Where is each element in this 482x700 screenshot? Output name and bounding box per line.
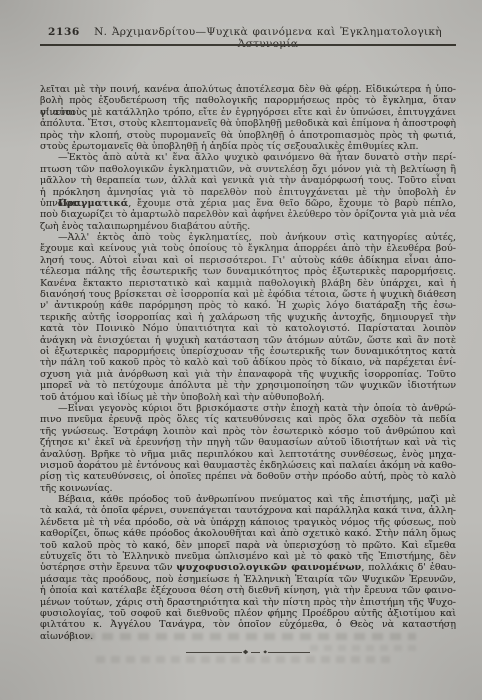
text-line: τῆς κοινωνίας. <box>40 483 456 494</box>
text-line: ἀναλύσῃ. Βρῆκε τὸ νῆμα μιᾶς περιπλόκου κ… <box>40 449 456 460</box>
text-line: ἀνάγκη νὰ ἐνισχύεται ἡ ψυχικὴ κατάσταση … <box>40 335 456 346</box>
paragraph: —Ἀλλ' ἐκτὸς ἀπὸ τοὺς ἐγκληματίες, ποὺ ἀν… <box>40 232 456 403</box>
text-line: κατὰ τὸν Ποινικὸ Νόμο ὑπαιτιότητα καὶ τὸ… <box>40 323 456 334</box>
text-line: καθορίζει, ὅπως κάθε πρόοδος ἀκολουθῆται… <box>40 528 456 539</box>
text-line: νισμοῦ ἀοράτου μὲ ἐντόνους καὶ θαυμαστὲς… <box>40 460 456 471</box>
text-line: σχυση γιὰ μιὰ ἀνόρθωση καὶ γιὰ τὴν ἐπανα… <box>40 369 456 380</box>
text-line: —Ἐκτὸς ἀπὸ αὐτὰ κι' ἕνα ἄλλο ψυχικὸ φαιν… <box>40 152 456 163</box>
ornament-line <box>268 652 310 653</box>
text-line: μπορεῖ νὰ τὸ πετύχουμε ἀπόλυτα μὲ τὴν χρ… <box>40 380 456 391</box>
text-line: λένδετα μὲ τὴ νέα πρόοδο, σὰ νὰ ὑπάρχῃ κ… <box>40 517 456 528</box>
text-line: μᾶλλον τὴ θεραπεία των, ἀλλὰ καὶ γενικὰ … <box>40 175 456 186</box>
text-line: τέλεσμα πάλης τῆς ἐσωτερικῆς των δυναμικ… <box>40 266 456 277</box>
text-line: τὰ καλά, τὰ ὁποῖα φέρνει, συνεπάγεται τα… <box>40 505 456 516</box>
running-title: Ν. Ἀρχιμανδρίτου—Ψυχικὰ φαινόμενα καὶ Ἐγ… <box>80 26 456 50</box>
text-line: ν' ἀντικρούῃ κάθε παρόρμηση πρὸς τὸ κακό… <box>40 300 456 311</box>
page-header: 2136 Ν. Ἀρχιμανδρίτου—Ψυχικὰ φαινόμενα κ… <box>40 26 456 50</box>
text-line: φιλτάτου κ. Ἀγγέλου Τανάγρα, τὸν ὁποῖον … <box>40 619 456 630</box>
text-line: —Ἀλλ' ἐκτὸς ἀπὸ τοὺς ἐγκληματίες, ποὺ ἀν… <box>40 232 456 243</box>
text-line: οἱ ἐξωτερικὲς παρορμήσεις ὑπερίσχυσαν τῆ… <box>40 346 456 357</box>
text-line: σ' αὐτοὺς μὲ κατάλληλο τρόπο, εἴτε ἐν ἐγ… <box>40 107 456 118</box>
text-line: ἡ ὁποία καὶ κατέλαβε ἐξέχουσα θέση στὴ δ… <box>40 585 456 596</box>
text-line: τοῦ καλοῦ πρὸς τὸ κακό, δὲν μπορεῖ παρὰ … <box>40 540 456 551</box>
text-line: μένων τούτων, χάρις στὴ δραστηριότητα κα… <box>40 597 456 608</box>
bleed-through-smudge <box>96 656 396 663</box>
text-line: εὐτυχεῖς ὅτι τὸ Ἑλληνικὸ πνεῦμα ὡπλισμέν… <box>40 551 456 562</box>
text-line: Πραγματικά, ἔχουμε στὰ χέρια μας ἕνα θεῖ… <box>40 198 456 209</box>
header-rule <box>40 44 456 46</box>
text-line: στοὺς ἐρωτομανεῖς θὰ ὑποβληθῇ ἡ ἀηδία πρ… <box>40 141 456 152</box>
text-line: ρίσῃ τὶς κατευθύνσεις, οἱ ὁποῖες πρέπει … <box>40 471 456 482</box>
book-page: 2136 Ν. Ἀρχιμανδρίτου—Ψυχικὰ φαινόμενα κ… <box>0 0 482 700</box>
paragraph: λεῖται μὲ τὴν ποινή, κανένα ἀπολύτως ἀπο… <box>40 84 456 152</box>
ornament-line <box>251 652 260 653</box>
text-line: βολὴ πρὸς ἐξουδετέρωση τῆς παθολογικῆς π… <box>40 95 456 106</box>
text-line: —Εἶναι γεγονὸς κύριοι ὅτι βρισκόμαστε στ… <box>40 403 456 414</box>
text-line: ποὺ διαχωρίζει τὸ ἁμαρτωλὸ παρελθὸν καὶ … <box>40 209 456 220</box>
text-line: τὴν πάλη τοῦ κακοῦ πρὸς τὸ καλὸ καὶ τοῦ … <box>40 357 456 368</box>
text-line: ἀπόλυτα. Ἔτσι, στοὺς κλεπτομανεῖς θὰ ὑπο… <box>40 118 456 129</box>
text-line: λεῖται μὲ τὴν ποινή, κανένα ἀπολύτως ἀπο… <box>40 84 456 95</box>
page-number: 2136 <box>48 26 80 38</box>
text-line: μάσαμε τὰς προόδους, ποὺ ἐσημείωσε ἡ Ἑλλ… <box>40 574 456 585</box>
text-line: ἔχουμε καὶ κείνους γιὰ τοὺς ὁποίους τὸ ἔ… <box>40 243 456 254</box>
paragraph: —Εἶναι γεγονὸς κύριοι ὅτι βρισκόμαστε στ… <box>40 403 456 494</box>
text-line: ἡ πρόκληση ἀμνησίας γιὰ τὸ παρελθὸν ποὺ … <box>40 187 456 198</box>
text-line: διανόησή τους βρίσκεται σὲ ἰσορροπία καὶ… <box>40 289 456 300</box>
text-line: ζήτησε κι' ἐκεῖ νὰ ἐρευνήσῃ τὴν πηγὴ τῶν… <box>40 437 456 448</box>
paragraph: —Ἐκτὸς ἀπὸ αὐτὰ κι' ἕνα ἄλλο ψυχικὸ φαιν… <box>40 152 456 198</box>
text-line: πτωση τῶν παθολογικῶν ἐγκληματιῶν, νὰ συ… <box>40 164 456 175</box>
diamond-icon: ◆ <box>263 649 267 656</box>
text-line: τερικῆς αὐτῆς ἰσορροπίας καὶ ἡ χαλάρωση … <box>40 312 456 323</box>
paragraph: Πραγματικά, ἔχουμε στὰ χέρια μας ἕνα θεῖ… <box>40 198 456 232</box>
text-line: Βέβαια, κάθε πρόοδος τοῦ ἀνθρωπίνου πνεύ… <box>40 494 456 505</box>
text-line: πρὸς τὴν κλοπή, στοὺς πυρομανεῖς θὰ ὑποβ… <box>40 130 456 141</box>
bleed-through-smudge <box>66 633 416 640</box>
end-ornament: ◆ ◆ <box>40 647 456 657</box>
text-line: τοῦ ἀτόμου καὶ ἰδίως μὲ τὴν ὑποβολὴ καὶ … <box>40 392 456 403</box>
paragraph: Βέβαια, κάθε πρόοδος τοῦ ἀνθρωπίνου πνεύ… <box>40 494 456 631</box>
text-line: τῆς γνώσεως. Ἐστράφη λοιπὸν καὶ πρὸς τὸν… <box>40 426 456 437</box>
text-line: φυσιολογίας, τοῦ σοφοῦ καὶ διεθνοῦς πλέο… <box>40 608 456 619</box>
text-line: Κανένα ἔκτακτο περιστατικὸ καὶ καμμιὰ πα… <box>40 278 456 289</box>
text-block: λεῖται μὲ τὴν ποινή, κανένα ἀπολύτως ἀπο… <box>40 84 456 631</box>
diamond-icon: ◆ <box>243 649 248 656</box>
text-line: ζωὴ ἑνὸς ταλαιπωρημένου διαβάτου αὐτῆς. <box>40 221 456 232</box>
text-line: πινο πνεῦμα ἐρευνᾷ πρὸς ὅλες τίς κατευθύ… <box>40 414 456 425</box>
ornament-line <box>186 652 242 653</box>
text-line: λησή τους. Αὐτοὶ εἶναι καὶ οἱ περισσότερ… <box>40 255 456 266</box>
text-line: ὑστέρησε στὴν ἔρευνα τῶν ψυχοφυσιολογικῶ… <box>40 562 456 573</box>
